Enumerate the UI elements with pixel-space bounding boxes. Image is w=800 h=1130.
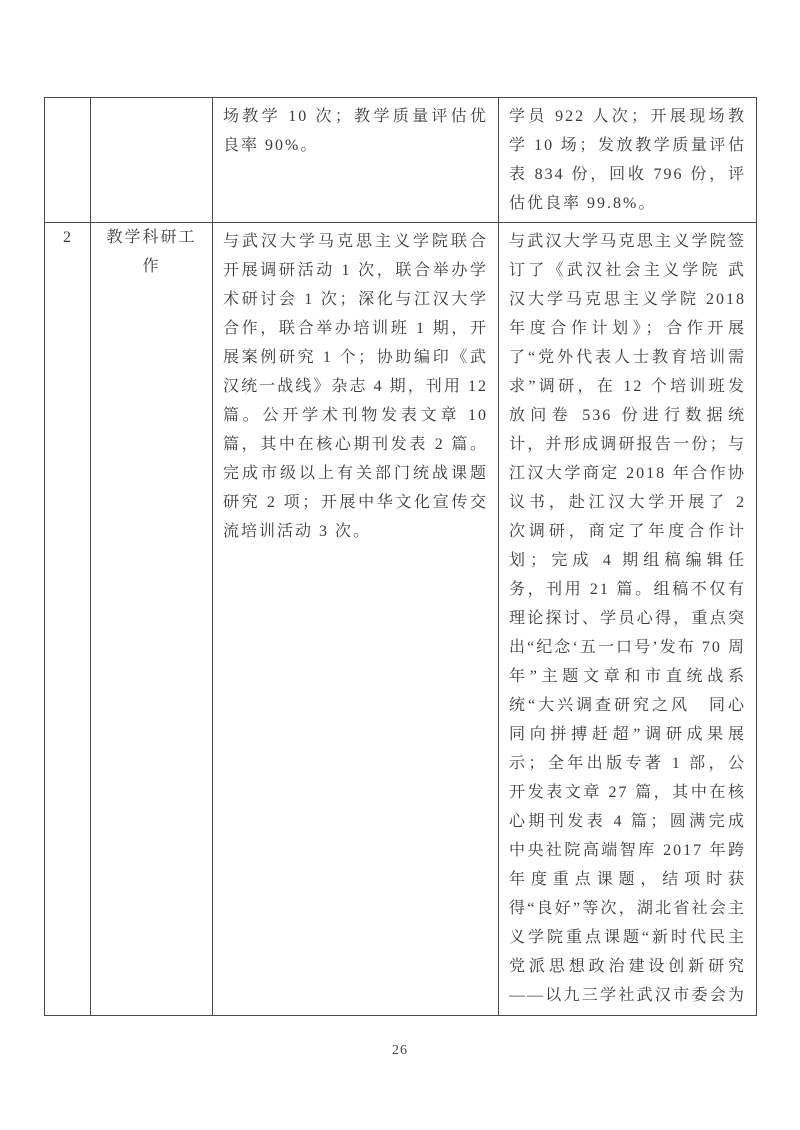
row-number-text: 2: [45, 223, 90, 252]
document-page: 场教学 10 次；教学质量评估优良率 90%。 学员 922 人次；开展现场教学…: [0, 0, 800, 1130]
cell-category: [91, 98, 213, 223]
plan-text: 场教学 10 次；教学质量评估优良率 90%。: [223, 102, 488, 218]
completion-text: 与武汉大学马克思主义学院签订了《武汉社会主义学院 武汉大学马克思主义学院 201…: [509, 227, 746, 1010]
cell-plan-text: 与武汉大学马克思主义学院联合开展调研活动 1 次，联合举办学术研讨会 1 次；深…: [213, 223, 499, 1016]
cell-category: 教学科研工作: [91, 223, 213, 1016]
cell-row-number: [45, 98, 91, 223]
page-number: 26: [0, 1043, 800, 1059]
completion-text: 学员 922 人次；开展现场教学 10 场；发放教学质量评估表 834 份，回收…: [509, 102, 746, 218]
table-row-item-2: 2 教学科研工作 与武汉大学马克思主义学院联合开展调研活动 1 次，联合举办学术…: [45, 223, 757, 1016]
cell-row-number: 2: [45, 223, 91, 1016]
work-report-table: 场教学 10 次；教学质量评估优良率 90%。 学员 922 人次；开展现场教学…: [44, 97, 757, 1016]
cell-completion-text: 学员 922 人次；开展现场教学 10 场；发放教学质量评估表 834 份，回收…: [499, 98, 757, 223]
table-row-continuation: 场教学 10 次；教学质量评估优良率 90%。 学员 922 人次；开展现场教学…: [45, 98, 757, 223]
cell-plan-text: 场教学 10 次；教学质量评估优良率 90%。: [213, 98, 499, 223]
plan-text: 与武汉大学马克思主义学院联合开展调研活动 1 次，联合举办学术研讨会 1 次；深…: [223, 227, 488, 1010]
cell-completion-text: 与武汉大学马克思主义学院签订了《武汉社会主义学院 武汉大学马克思主义学院 201…: [499, 223, 757, 1016]
category-text: 教学科研工作: [101, 223, 203, 281]
